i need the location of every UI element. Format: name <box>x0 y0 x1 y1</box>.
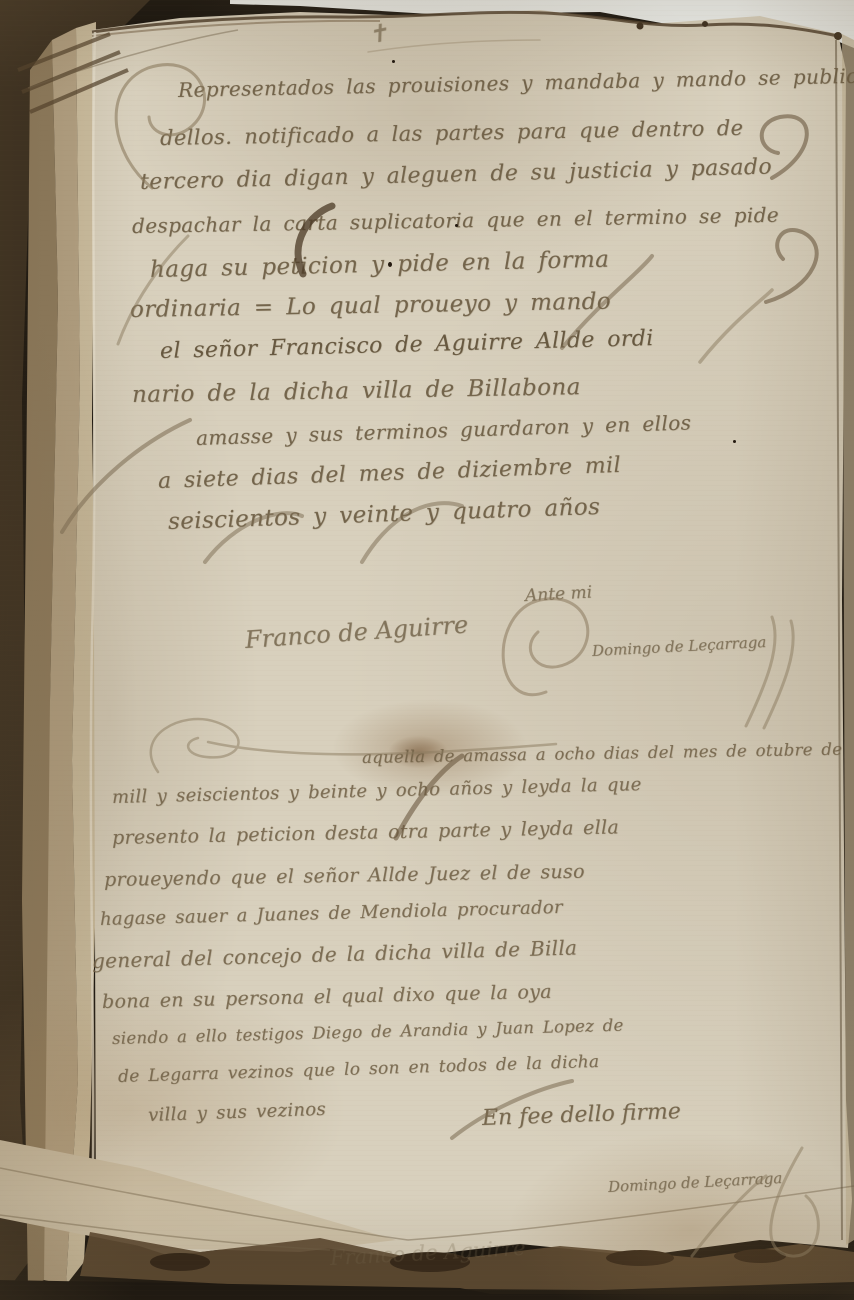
handwriting-layer: ✝ Representados las prouisiones y mandab… <box>0 0 854 1300</box>
p1-line-3: tercero dia digan y aleguen de su justic… <box>140 155 773 195</box>
p2-line-4: proueyendo que el señor Allde Juez el de… <box>104 861 585 891</box>
p2-line-9: de Legarra vezinos que lo son en todos d… <box>118 1052 600 1087</box>
p2-line-5: hagase sauer a Juanes de Mendiola procur… <box>100 897 563 930</box>
notary-signature-mid: Domingo de Leçarraga <box>592 633 767 660</box>
p1-line-5: haga su peticion y pide en la forma <box>150 247 610 283</box>
p1-line-1: Representados las prouisiones y mandaba … <box>178 62 854 102</box>
p1-line-7: el señor Francisco de Aguirre Allde ordi <box>160 326 654 364</box>
folio-mark: ✝ <box>365 18 390 50</box>
p2-line-3: presento la peticion desta otra parte y … <box>112 816 619 849</box>
ink-speck <box>455 224 458 227</box>
p2-line-6: general del concejo de la dicha villa de… <box>92 935 578 973</box>
notary-signature-bottom: Domingo de Leçarraga <box>608 1169 783 1196</box>
alcalde-signature: Franco de Aguirre <box>244 610 469 654</box>
ghost-offset-text: Franco de Aguirre <box>329 1236 526 1270</box>
p1-line-10: a siete dias del mes de diziembre mil <box>158 453 622 494</box>
ink-speck <box>733 440 736 443</box>
attestation: En fee dello firme <box>482 1099 682 1131</box>
p2-line-1: aquella de amassa a ocho dias del mes de… <box>362 740 843 767</box>
p1-line-2: dellos. notificado a las partes para que… <box>160 116 744 150</box>
ink-speck <box>388 262 392 267</box>
p2-line-8: siendo a ello testigos Diego de Arandia … <box>112 1016 624 1048</box>
p1-line-9: amasse y sus terminos guardaron y en ell… <box>196 410 692 450</box>
p1-line-6: ordinaria = Lo qual proueyo y mando <box>130 289 611 323</box>
manuscript-scan: ✝ Representados las prouisiones y mandab… <box>0 0 854 1300</box>
ink-speck <box>392 60 395 63</box>
p2-line-2: mill y seiscientos y beinte y ocho años … <box>112 774 642 808</box>
p2-line-7: bona en su persona el qual dixo que la o… <box>102 981 552 1013</box>
ante-mi-note: Ante mi <box>524 583 592 606</box>
p1-line-4: despachar la carta suplicatoria que en e… <box>132 203 779 238</box>
p1-line-8: nario de la dicha villa de Billabona <box>132 374 581 408</box>
p2-line-10: villa y sus vezinos <box>148 1099 327 1126</box>
p1-line-11: seiscientos y veinte y quatro años <box>168 494 601 535</box>
